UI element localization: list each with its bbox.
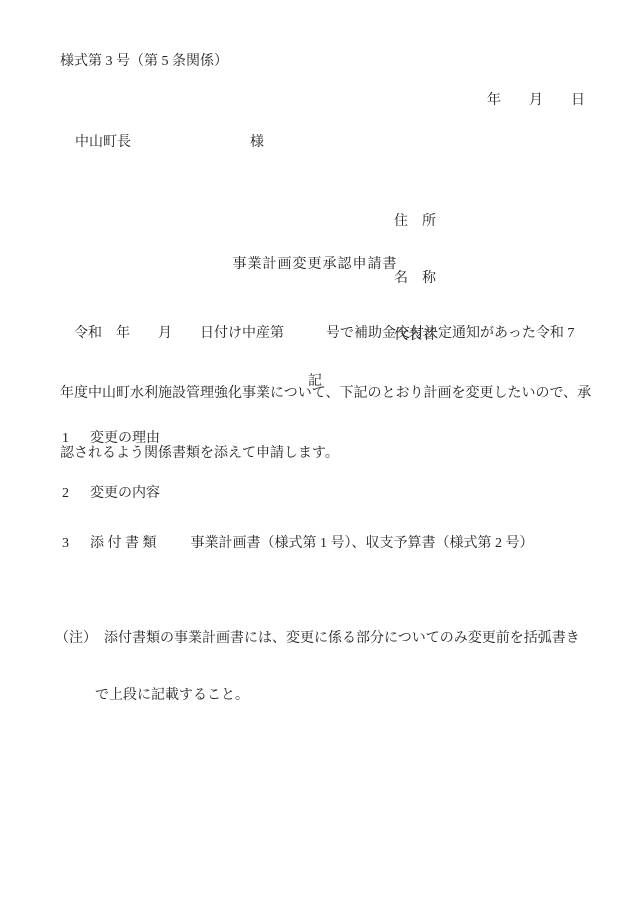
form-number: 様式第 3 号（第 5 条関係） — [60, 53, 228, 71]
list-item-attached-documents: 3 添 付 書 類 事業計画書（様式第 1 号）、収支予算書（様式第 2 号） — [62, 535, 534, 553]
note-line: で上段に記載すること。 — [95, 687, 595, 709]
body-line: 令和 年 月 日付け中産第 号で補助金交付決定通知があった令和 7 — [60, 325, 580, 350]
note-line: （注） 添付書類の事業計画書には、変更に係る部分についてのみ変更前を括弧書き — [55, 630, 595, 652]
date-line: 年 月 日 — [487, 92, 585, 110]
item-label: 変更の内容 — [90, 485, 160, 503]
document-title: 事業計画変更承認申請書 — [0, 256, 630, 274]
note-block: （注） 添付書類の事業計画書には、変更に係る部分についてのみ変更前を括弧書き で… — [55, 595, 595, 744]
addressee-name: 中山町長 — [75, 134, 131, 152]
item-number: 2 — [62, 485, 90, 503]
addressee-honorific: 様 — [250, 134, 264, 152]
item-detail: 事業計画書（様式第 1 号）、収支予算書（様式第 2 号） — [191, 535, 534, 553]
list-item-change-content: 2 変更の内容 — [62, 485, 160, 503]
item-label: 変更の理由 — [90, 430, 160, 448]
list-item-change-reason: 1 変更の理由 — [62, 430, 160, 448]
list-marker: 記 — [0, 373, 630, 391]
item-number: 3 — [62, 535, 90, 553]
body-paragraph: 令和 年 月 日付け中産第 号で補助金交付決定通知があった令和 7 年度中山町水… — [60, 290, 580, 505]
item-number: 1 — [62, 430, 90, 448]
body-line: 認されるよう関係書類を添えて申請します。 — [60, 445, 580, 470]
document-page: 様式第 3 号（第 5 条関係） 年 月 日 中山町長 様 住 所 名 称 代表… — [0, 0, 630, 903]
item-label: 添 付 書 類 — [90, 535, 157, 553]
applicant-address-label: 住 所 — [394, 213, 436, 235]
